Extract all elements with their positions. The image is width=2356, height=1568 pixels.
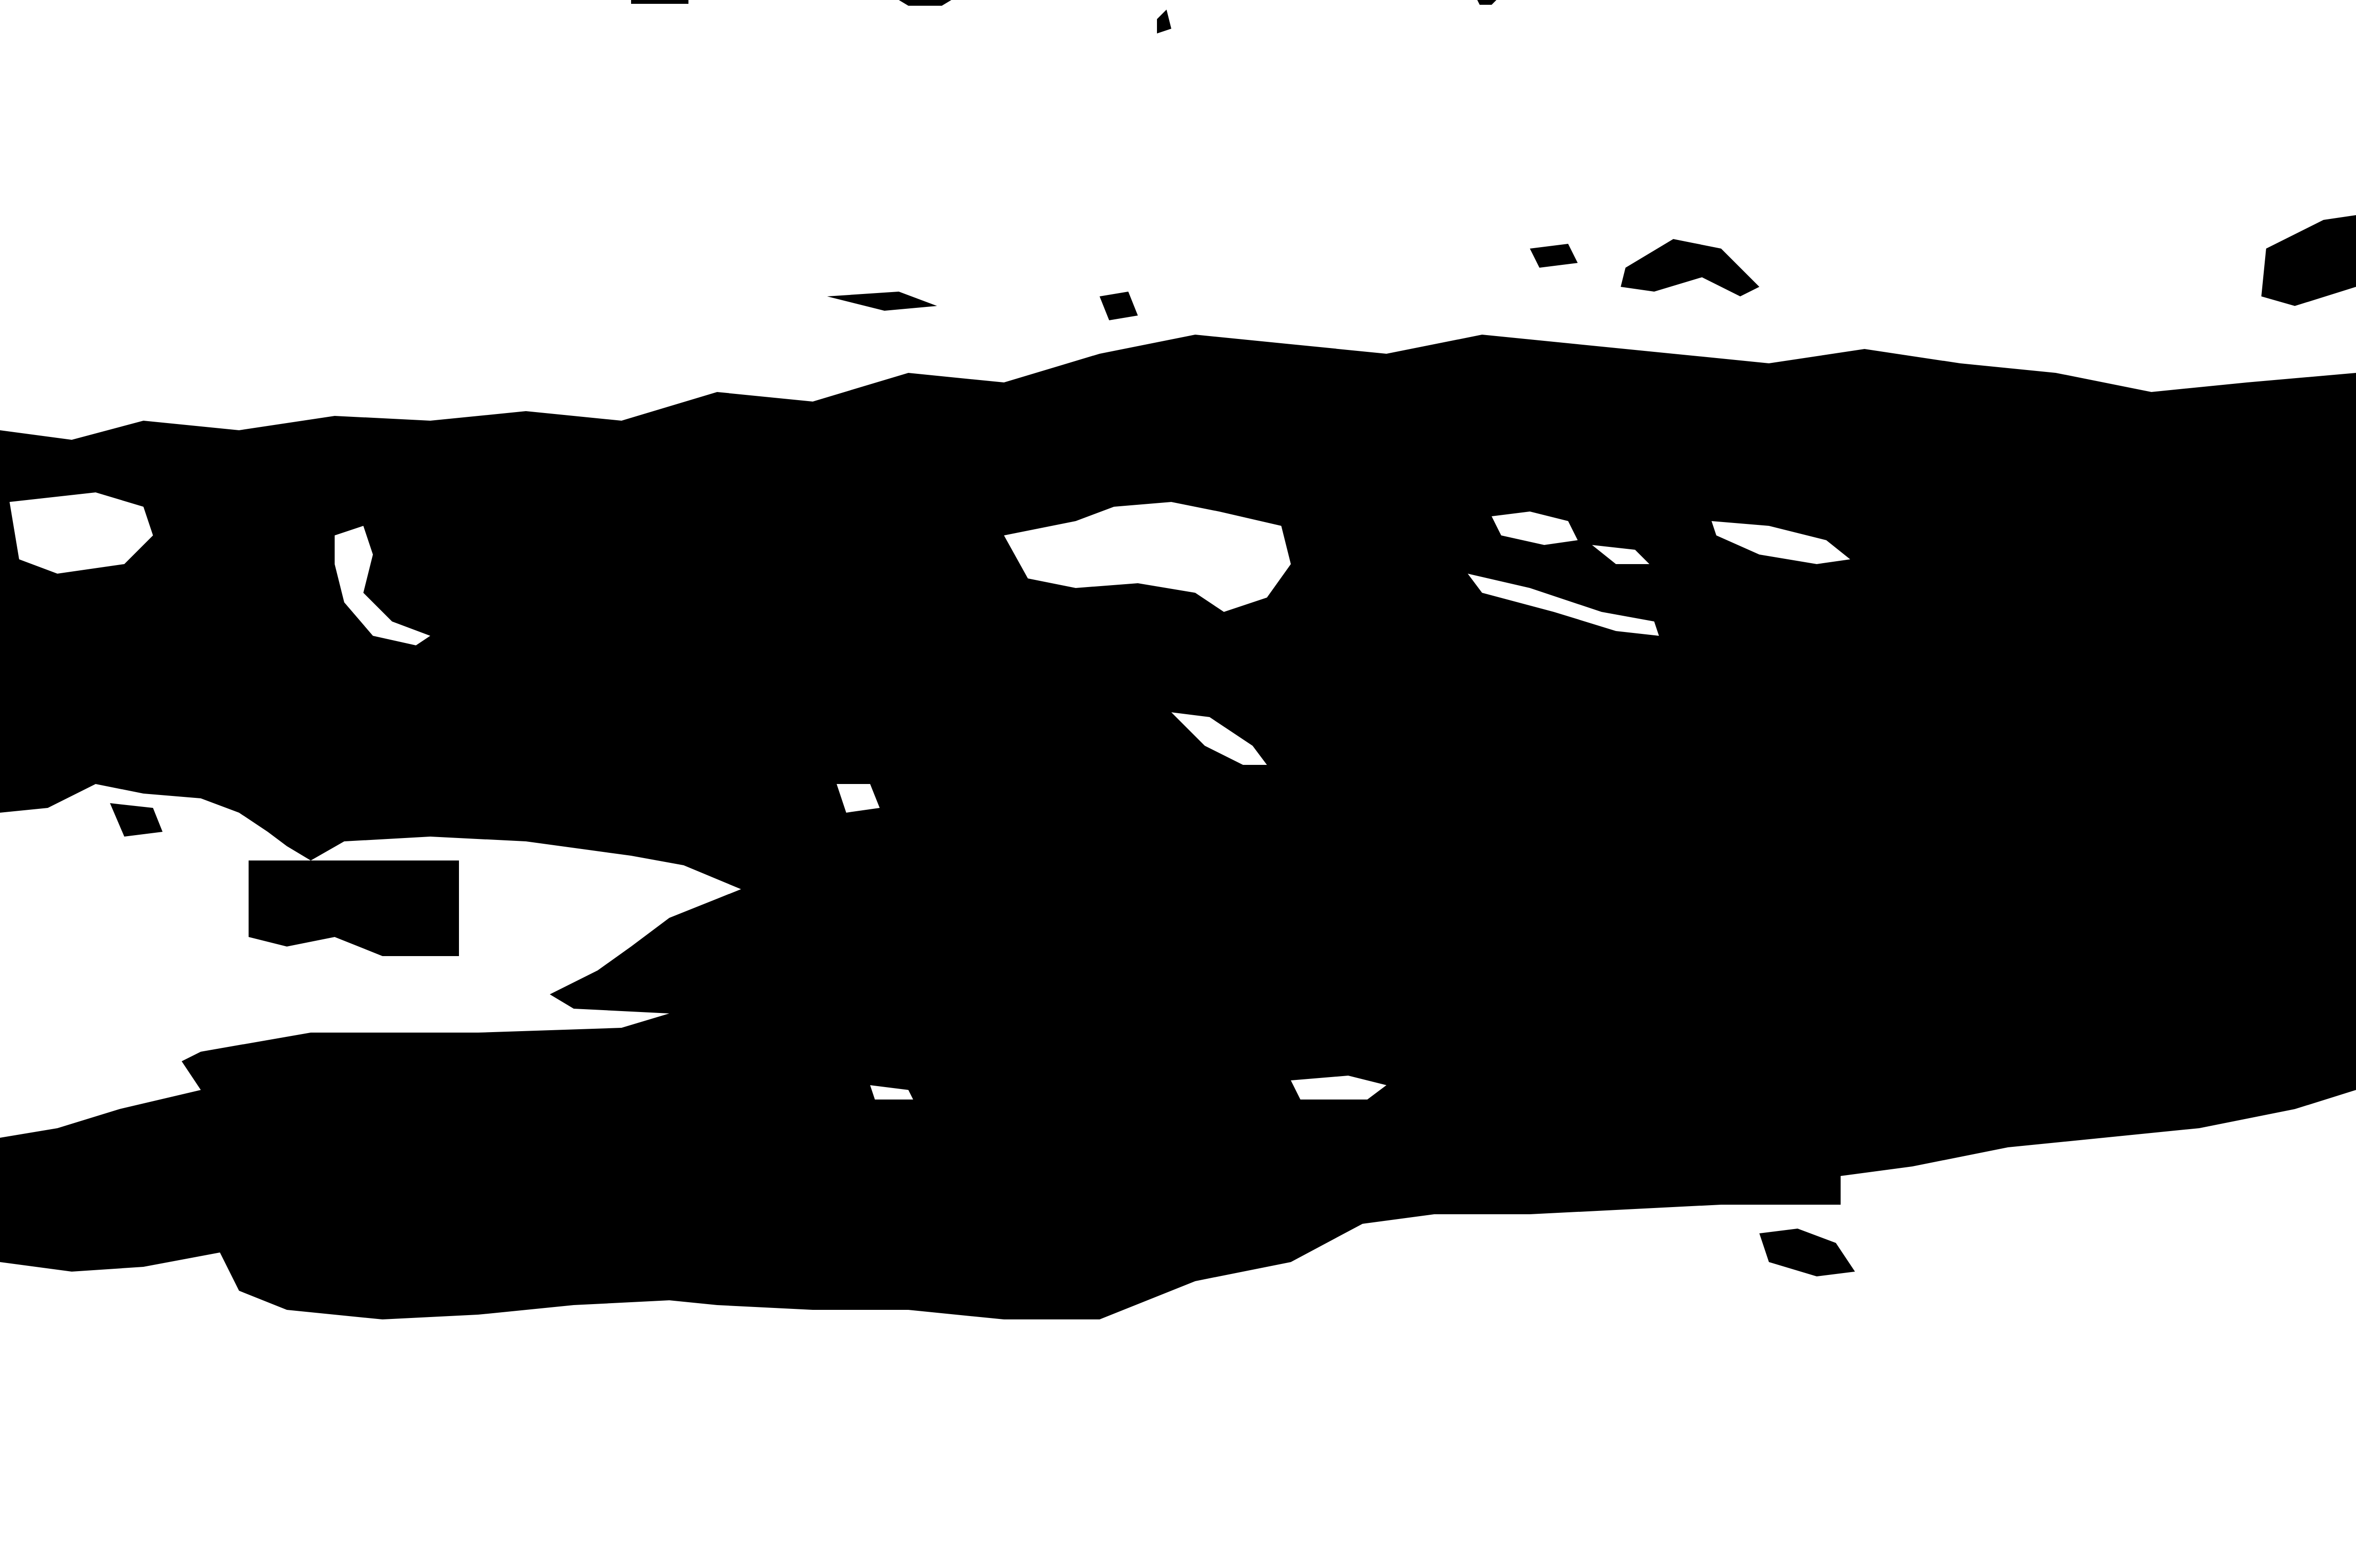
rock-outcrop-h	[110, 803, 163, 837]
rock-outcrop-b	[2261, 215, 2356, 306]
top-fleck-b	[899, 0, 951, 6]
thresholded-landscape-image: High-contrast thresholded black-and-whit…	[0, 0, 2356, 1568]
top-fleck-d	[1477, 0, 1496, 5]
rock-outcrop-c	[1530, 244, 1578, 268]
landscape-silhouette	[0, 0, 2356, 1568]
rock-outcrop-a	[1621, 239, 1759, 296]
top-fleck-a	[631, 0, 688, 4]
rock-outcrop-d	[827, 292, 937, 311]
mountain-mass	[0, 335, 2356, 1319]
rock-outcrop-g	[249, 860, 459, 956]
top-fleck-c	[1157, 10, 1171, 33]
rock-outcrop-e	[1100, 292, 1138, 320]
rock-outcrop-f	[1759, 1229, 1855, 1276]
